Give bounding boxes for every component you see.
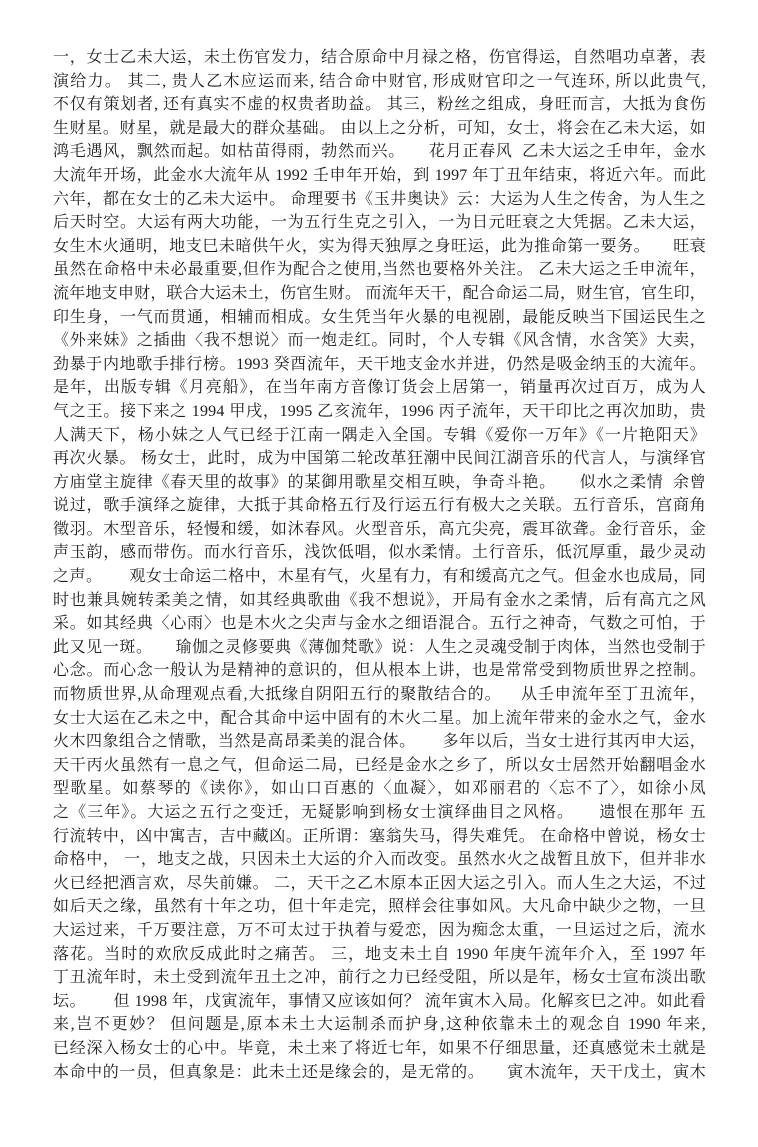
text-line: 命格中， 一，地支之战，只因未土大运的介入而改变。虽然水火之战暂且放下，但并非水 <box>53 848 706 872</box>
text-line: 徵羽。木型音乐，轻慢和缓，如沐春风。火型音乐，高亢尖亮，震耳欲聋。金行音乐，金 <box>53 518 706 542</box>
text-line: 六年，都在女士的乙未大运中。 命理要书《玉井奥诀》云：大运为人生之传舍，为人生之 <box>53 188 706 212</box>
text-line: 已经深入杨女士的心中。毕竟，未土来了将近七年，如果不仔细思量，还真感觉未土就是 <box>53 1037 706 1061</box>
text-line: 鸿毛遇风，飘然而起。如枯苗得雨，勃然而兴。 花月正春风 乙未大运之壬申年，金水 <box>53 140 706 164</box>
text-line: 本命中的一员，但真象是：此未土还是缘会的，是无常的。 寅木流年，天干戊土，寅木 <box>53 1061 706 1085</box>
text-line: 大运过来，千万要注意，万不可太过于执着与爱恋，因为痴念太重，一旦运过之后，流水 <box>53 919 706 943</box>
text-line: 行流转中，凶中寓吉，吉中藏凶。正所谓：塞翁失马，得失难凭。 在命格中曾说，杨女士 <box>53 825 706 849</box>
text-line: 《外来妹》之插曲〈我不想说〉而一炮走红。同时，个人专辑《风含情，水含笑》大卖， <box>53 329 706 353</box>
text-line: 如后天之缘，虽然有十年之功，但十年走完，照样会往事如风。大凡命中缺少之物，一旦 <box>53 895 706 919</box>
text-line: 生财星。财星，就是最大的群众基础。 由以上之分析，可知，女士，将会在乙未大运，如 <box>53 117 706 141</box>
text-line: 时也兼具婉转柔美之情，如其经典歌曲《我不想说》，开局有金水之柔情，后有高亢之风 <box>53 589 706 613</box>
text-line: 方庙堂主旋律《春天里的故事》的某御用歌星交相互映，争奇斗艳。 似水之柔情 余曾 <box>53 471 706 495</box>
text-line: 而物质世界,从命理观点看,大抵缘自阴阳五行的聚散结合的。 从壬申流年至丁丑流年， <box>53 683 706 707</box>
text-line: 来,岂不更妙？ 但问题是,原本未土大运制杀而护身,这种依靠未土的观念自 1990… <box>53 1013 706 1037</box>
text-line: 印生身，一气而贯通，相辅而相成。女生凭当年火暴的电视剧，最能反映当下国运民生之 <box>53 306 706 330</box>
text-line: 演给力。 其二, 贵人乙木应运而来, 结合命中财官, 形成财官印之一气连环, 所… <box>53 70 706 94</box>
text-line: 说过，歌手演绎之旋律，大抵于其命格五行及行运五行有极大之关联。五行音乐，宫商角 <box>53 494 706 518</box>
text-line: 是年，出版专辑《月亮船》，在当年南方音像订货会上居第一，销量再次过百万，成为人 <box>53 376 706 400</box>
text-line: 后天时空。大运有两大功能，一为五行生克之引入，一为日元旺衰之大凭据。乙未大运， <box>53 211 706 235</box>
document-body-text: 一，女士乙未大运，未土伤官发力，结合原命中月禄之格，伤官得运，自然唱功卓著，表演… <box>53 46 706 1084</box>
text-line: 型歌星。如蔡琴的《读你》，如山口百惠的〈血凝〉，如邓丽君的〈忘不了〉，如徐小凤 <box>53 777 706 801</box>
text-line: 火木四象组合之情歌，当然是高昂柔美的混合体。 多年以后，当女士进行其丙申大运， <box>53 730 706 754</box>
text-line: 气之王。接下来之 1994 甲戌，1995 乙亥流年，1996 丙子流年，天干印… <box>53 400 706 424</box>
text-line: 坛。 但 1998 年，戊寅流年，事情又应该如何？ 流年寅木入局。化解亥巳之冲。… <box>53 990 706 1014</box>
text-line: 落花。当时的欢欣反成此时之痛苦。 三，地支未土自 1990 年庚午流年介入，至 … <box>53 943 706 967</box>
text-line: 虽然在命格中未必最重要,但作为配合之使用,当然也要格外关注。 乙未大运之壬申流年… <box>53 258 706 282</box>
text-line: 此又见一斑。 瑜伽之灵修要典《薄伽梵歌》说：人生之灵魂受制于肉体，当然也受制于 <box>53 636 706 660</box>
text-line: 天干丙火虽然有一息之气，但命运二局，已经是金水之乡了，所以女士居然开始翻唱金水 <box>53 754 706 778</box>
text-line: 女生木火通明，地支巳未暗供午火，实为得天独厚之身旺运，此为推命第一要务。 旺衰 <box>53 235 706 259</box>
text-line: 声玉韵，感而带伤。而水行音乐，浅饮低唱，似水柔情。土行音乐，低沉厚重，最少灵动 <box>53 541 706 565</box>
text-line: 人满天下，杨小妹之人气已经于江南一隅走入全国。专辑《爱你一万年》《一片艳阳天》 <box>53 424 706 448</box>
text-line: 一，女士乙未大运，未土伤官发力，结合原命中月禄之格，伤官得运，自然唱功卓著，表 <box>53 46 706 70</box>
text-line: 之声。 观女士命运二格中，木星有气，火星有力，有和缓高亢之气。但金水也成局，同 <box>53 565 706 589</box>
text-line: 女士大运在乙未之中，配合其命中运中固有的木火二星。加上流年带来的金水之气，金水 <box>53 707 706 731</box>
text-line: 心念。而心念一般认为是精神的意识的，但从根本上讲，也是常常受到物质世界之控制。 <box>53 659 706 683</box>
text-line: 大流年开场，此金水大流年从 1992 壬申年开始，到 1997 年丁丑年结束，将… <box>53 164 706 188</box>
text-line: 劲暴于内地歌手排行榜。1993 癸酉流年，天干地支金水并进，仍然是吸金纳玉的大流… <box>53 353 706 377</box>
text-line: 之《三年》。大运之五行之变迁，无疑影响到杨女士演绎曲目之风格。 遗恨在那年 五 <box>53 801 706 825</box>
text-line: 丁丑流年时，未土受到流年丑土之冲，前行之力已经受阻，所以是年，杨女士宣布淡出歌 <box>53 966 706 990</box>
text-line: 流年地支申财，联合大运未土，伤官生财。 而流年天干，配合命运二局，财生官，官生印… <box>53 282 706 306</box>
text-line: 再次火暴。 杨女士，此时，成为中国第二轮改革狂潮中民间江湖音乐的代言人，与演绎官 <box>53 447 706 471</box>
text-line: 不仅有策划者, 还有真实不虚的权贵者助益。 其三，粉丝之组成，身旺而言，大抵为食… <box>53 93 706 117</box>
document-page: 一，女士乙未大运，未土伤官发力，结合原命中月禄之格，伤官得运，自然唱功卓著，表演… <box>0 0 758 1147</box>
text-line: 采。如其经典〈心雨〉也是木火之尖声与金水之细语混合。五行之神奇，气数之可怕，于 <box>53 612 706 636</box>
text-line: 火已经把酒言欢，尽失前嫌。 二，天干之乙木原本正因大运之引入。而人生之大运，不过 <box>53 872 706 896</box>
